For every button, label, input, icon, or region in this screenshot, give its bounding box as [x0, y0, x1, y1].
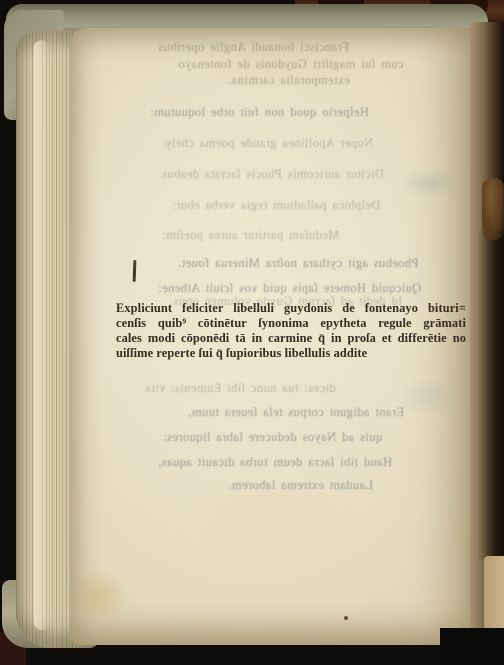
fore-edge-highlight [34, 40, 50, 630]
colophon-line: cales modi cōponēdi tā in carmine q̄ in … [116, 331, 466, 346]
stain [66, 568, 130, 624]
showthrough-line: Laudant extrema laborem. [228, 478, 373, 493]
colophon-line: Expliciunt feliciter libelluli guydonis … [116, 301, 466, 316]
showthrough-line: Nuper Apollinea grande poema chely. [162, 136, 373, 151]
showthrough-line: Delphica palladium regia verba ebur: [172, 198, 380, 213]
book-page-photo: Francisci bonaudi Anglie operibus cum ſu… [0, 0, 504, 665]
showthrough-line: Meduſam partitur aurea poeſim: [162, 228, 339, 243]
colophon-line: uiſſime reperte ſui q̄ ſupioribus libell… [116, 346, 466, 361]
showthrough-line: dices: tua nunc ſibi Eumenis: vita [145, 381, 336, 396]
foxing-dot [344, 616, 348, 620]
colophon-paragraph: Expliciunt feliciter libelluli guydonis … [116, 301, 466, 361]
vellum-tie [482, 178, 504, 240]
showthrough-line: extemporalia carmina. [228, 73, 350, 88]
adjacent-leaf-edge [484, 556, 504, 636]
showthrough-line: cum ſui magiſtri Guydonis de fontenayo [178, 57, 404, 72]
showthrough-line: Phoebus agit cythara noſtra Minerua foue… [178, 256, 419, 271]
showthrough-line: Francisci bonaudi Anglie operibus [158, 40, 349, 55]
showthrough-line: Erant adigunt corpus tela ſeuera tuum, [188, 405, 404, 420]
stain [398, 168, 462, 198]
gutter-shadow-dark [478, 230, 504, 560]
showthrough-line: Heſperio quod non fuit orbe loquutum: [150, 105, 369, 120]
showthrough-line: Haud tibi ſacra deum turba dicauit aquas… [158, 455, 392, 470]
colophon-line: cenſis quib⁹ cōtinētur ſynonima epytheta… [116, 316, 466, 331]
shadow-bottom-right [440, 628, 504, 665]
showthrough-line: Dicitur auricomis Phocis ſacrata deabus: [158, 167, 384, 182]
showthrough-line: quis ad Nayos deducere labra liquores: [163, 430, 382, 445]
